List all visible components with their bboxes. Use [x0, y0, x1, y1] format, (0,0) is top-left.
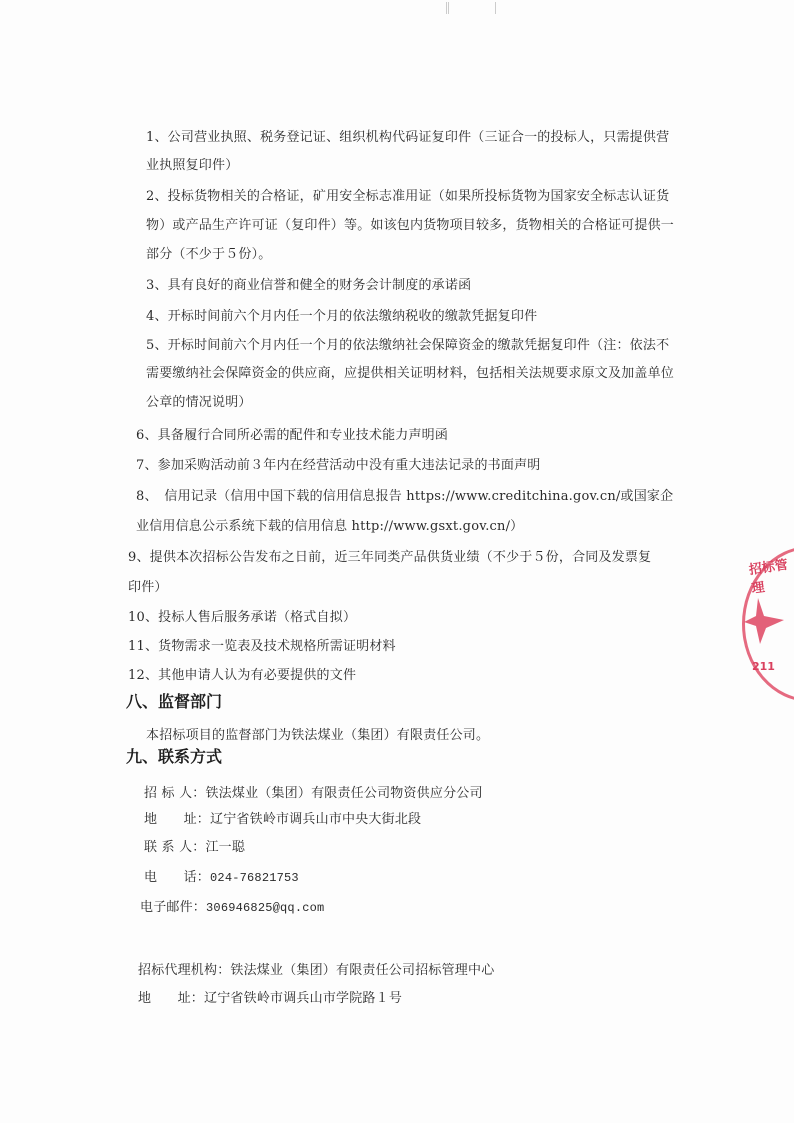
email-value: 306946825@qq.com	[206, 901, 324, 915]
agency-label: 招标代理机构：	[138, 963, 230, 978]
seal-text-bottom: 211	[752, 660, 775, 673]
document-page: 1、公司营业执照、税务登记证、组织机构代码证复印件（三证合一的投标人，只需提供营…	[0, 0, 794, 1123]
req-10: 10、投标人售后服务承诺（格式自拟）	[128, 606, 356, 625]
agency: 招标代理机构：铁法煤业（集团）有限责任公司招标管理中心	[138, 959, 494, 978]
req-8-line-1: 8、 信用记录（信用中国下载的信用信息报告 https://www.credit…	[136, 485, 673, 504]
agency-address: 地 址：辽宁省铁岭市调兵山市学院路１号	[138, 987, 402, 1006]
scan-artifact	[448, 2, 449, 14]
phone-label: 电 话：	[144, 870, 210, 885]
address-value: 辽宁省铁岭市调兵山市中央大街北段	[210, 812, 421, 827]
req-6: 6、具备履行合同所必需的配件和专业技术能力声明函	[136, 424, 448, 443]
req-1-line-2: 业执照复印件）	[146, 154, 238, 173]
agency-address-value: 辽宁省铁岭市调兵山市学院路１号	[204, 991, 402, 1006]
req-8-line-2: 业信用信息公示系统下载的信用信息 http://www.gsxt.gov.cn/…	[136, 515, 523, 534]
req-7: 7、参加采购活动前３年内在经营活动中没有重大违法记录的书面声明	[136, 454, 540, 473]
req-4: 4、开标时间前六个月内任一个月的依法缴纳税收的缴款凭据复印件	[146, 305, 537, 324]
contact-address: 地 址：辽宁省铁岭市调兵山市中央大街北段	[144, 808, 421, 827]
contact-label: 联 系 人：	[144, 840, 205, 855]
contact-email: 电子邮件：306946825@qq.com	[140, 896, 324, 915]
address-label: 地 址：	[144, 812, 210, 827]
contact-value: 江一聪	[205, 840, 245, 855]
agency-value: 铁法煤业（集团）有限责任公司招标管理中心	[230, 963, 494, 978]
tenderer-value: 铁法煤业（集团）有限责任公司物资供应分公司	[205, 786, 482, 801]
section-8-heading: 八、监督部门	[126, 689, 222, 712]
req-12: 12、其他申请人认为有必要提供的文件	[128, 664, 356, 683]
req-9-line-2: 印件）	[128, 576, 168, 595]
phone-value: 024-76821753	[210, 871, 299, 885]
section-8-body: 本招标项目的监督部门为铁法煤业（集团）有限责任公司。	[146, 724, 489, 743]
req-5-line-2: 需要缴纳社会保障资金的供应商，应提供相关证明材料，包括相关法规要求原文及加盖单位	[146, 362, 674, 381]
req-9-line-1: 9、提供本次招标公告发布之日前，近三年同类产品供货业绩（不少于５份，合同及发票复	[128, 546, 651, 565]
req-3: 3、具有良好的商业信誉和健全的财务会计制度的承诺函	[146, 274, 471, 293]
req-2-line-3: 部分（不少于５份）。	[146, 243, 272, 262]
req-5-line-1: 5、开标时间前六个月内任一个月的依法缴纳社会保障资金的缴款凭据复印件（注：依法不	[146, 334, 669, 353]
req-5-line-3: 公章的情况说明）	[146, 391, 252, 410]
scan-artifact	[446, 2, 447, 14]
req-2-line-2: 物）或产品生产许可证（复印件）等。如该包内货物项目较多，货物相关的合格证可提供一	[146, 214, 674, 233]
agency-address-label: 地 址：	[138, 991, 204, 1006]
star-icon	[744, 598, 784, 644]
req-11: 11、货物需求一览表及技术规格所需证明材料	[128, 635, 396, 654]
section-9-heading: 九、联系方式	[126, 744, 222, 767]
tenderer-label: 招 标 人：	[144, 786, 205, 801]
req-1-line-1: 1、公司营业执照、税务登记证、组织机构代码证复印件（三证合一的投标人，只需提供营	[146, 126, 669, 145]
scan-artifact	[495, 2, 496, 14]
contact-person: 联 系 人：江一聪	[144, 836, 245, 855]
seal-text-top: 招标管理	[748, 553, 794, 597]
req-2-line-1: 2、投标货物相关的合格证，矿用安全标志准用证（如果所投标货物为国家安全标志认证货	[146, 185, 669, 204]
email-label: 电子邮件：	[140, 900, 206, 915]
contact-tenderer: 招 标 人：铁法煤业（集团）有限责任公司物资供应分公司	[144, 782, 483, 801]
contact-phone: 电 话：024-76821753	[144, 866, 299, 885]
